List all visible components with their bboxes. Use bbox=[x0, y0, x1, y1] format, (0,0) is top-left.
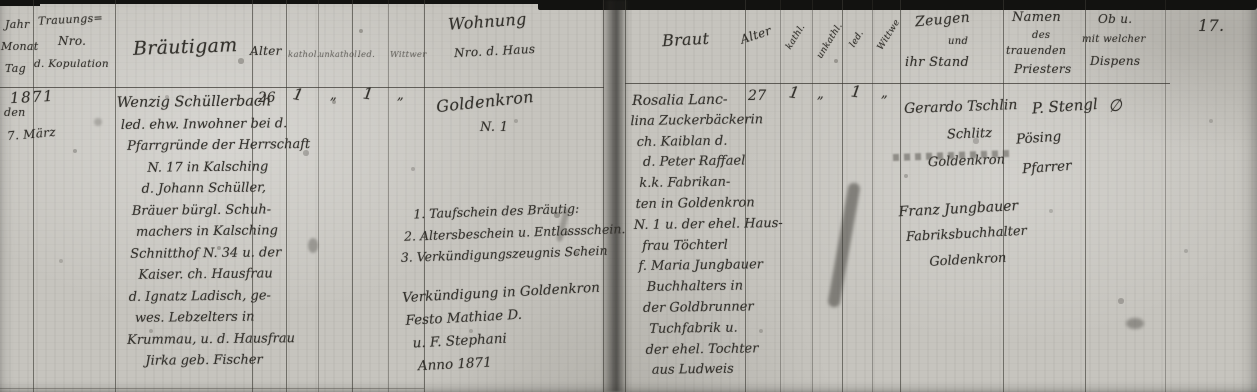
groom-detail-line: Bräuer bürgl. Schuh- bbox=[132, 198, 311, 221]
bride-detail-line: k.k. Fabrikan- bbox=[639, 172, 782, 195]
paper-speckles bbox=[0, 0, 2, 2]
header-dispens: mit welcher bbox=[1082, 34, 1146, 45]
dispens-none-mark: ∅ bbox=[1106, 95, 1123, 116]
header-bride-age: Alter bbox=[739, 23, 773, 46]
register-scan: Jahr Monat Tag Trauungs= Nro. d. Kopulat… bbox=[0, 0, 1257, 392]
header-day: Tag bbox=[5, 62, 26, 75]
header-serial: Trauungs= bbox=[38, 11, 104, 27]
header-col-catholic: kathol. bbox=[288, 50, 320, 60]
column-rule bbox=[842, 0, 843, 392]
bride-detail-line: N. 1 u. der ehel. Haus- bbox=[634, 214, 783, 237]
header-col-widow: Wittwe bbox=[876, 18, 903, 52]
bride-detail-line: der ehel. Tochter bbox=[645, 339, 784, 362]
groom-detail-line: led. ehw. Inwohner bei d. bbox=[121, 112, 310, 135]
column-rule bbox=[872, 0, 873, 392]
header-col-widower: Wittwer bbox=[390, 50, 427, 60]
header-bride: Braut bbox=[662, 29, 710, 50]
page-number: 17. bbox=[1198, 16, 1224, 35]
groom-detail-line: Schnitthof N. 34 u. der bbox=[130, 241, 311, 264]
groom-detail-line: Kaiser. ch. Hausfrau bbox=[138, 263, 311, 286]
witness-place: Goldenkron bbox=[929, 245, 1029, 276]
ink-blot bbox=[308, 238, 318, 253]
ink-blot bbox=[1126, 318, 1144, 329]
bride-detail-line: aus Ludweis bbox=[652, 359, 785, 382]
bride-details: Rosalia Lanc- lina Zuckerbäckerin ch. Ka… bbox=[632, 89, 785, 382]
column-rule bbox=[900, 0, 901, 392]
column-rule bbox=[1085, 0, 1086, 392]
groom-details: Wenzig Schüllerbach led. ehw. Inwohner b… bbox=[117, 91, 313, 373]
header-month: Monat bbox=[1, 40, 38, 53]
witness-1: Gerardo Tschlin Schlitz Goldenkron bbox=[904, 92, 1020, 177]
groom-detail-line: Pfarrgründe der Herrschaft bbox=[127, 134, 310, 157]
groom-mark-single: 1 bbox=[362, 83, 375, 103]
header-col-noncatholic: unkathl. bbox=[815, 21, 845, 60]
entry-date: den bbox=[4, 106, 26, 119]
priest-title: Pfarrer bbox=[1021, 149, 1103, 184]
priest-name: P. Stengl bbox=[1031, 89, 1099, 124]
banns-note: Verkündigung in Goldenkron Festo Mathiae… bbox=[394, 277, 604, 380]
ink-smudge bbox=[827, 182, 861, 308]
bride-detail-line: lina Zuckerbäckerin bbox=[630, 110, 781, 133]
header-year: Jahr bbox=[5, 18, 30, 31]
bride-mark-noncatholic: „ bbox=[817, 87, 824, 102]
groom-detail-line: d. Ignatz Ladisch, ge- bbox=[129, 284, 312, 307]
groom-detail-line: machers in Kalsching bbox=[136, 220, 311, 243]
header-groom: Bräutigam bbox=[133, 34, 238, 60]
header-col-catholic: kathl. bbox=[784, 23, 807, 52]
column-rule bbox=[1165, 0, 1166, 392]
header-witnesses: Zeugen bbox=[914, 10, 970, 31]
bride-detail-line: f. Maria Jungbauer bbox=[638, 255, 783, 278]
groom-detail-line: N. 17 in Kalsching bbox=[147, 155, 310, 178]
header-col-single: led. bbox=[848, 29, 866, 50]
header-priest: Namen bbox=[1012, 10, 1061, 25]
scan-edge-top-right bbox=[538, 0, 1257, 10]
header-priest: des bbox=[1032, 30, 1050, 41]
header-residence: Wohnung bbox=[447, 9, 527, 33]
witness-name: Gerardo Tschlin bbox=[904, 92, 1018, 123]
header-priest: Priesters bbox=[1014, 62, 1071, 76]
bride-detail-line: der Goldbrunner bbox=[643, 297, 784, 320]
page-edge-rule bbox=[625, 0, 626, 392]
header-dispens: Ob u. bbox=[1098, 12, 1132, 26]
row-rule bbox=[0, 388, 424, 389]
groom-detail-line: d. Johann Schüller, bbox=[141, 177, 310, 200]
groom-mark-widower: „ bbox=[397, 88, 404, 103]
bride-mark-catholic: 1 bbox=[787, 82, 801, 103]
bride-detail-line: Tuchfabrik u. bbox=[649, 318, 784, 341]
column-rule bbox=[388, 0, 389, 392]
ink-blot bbox=[94, 118, 102, 126]
groom-age-value: 26 bbox=[258, 90, 276, 106]
header-priest: trauenden bbox=[1006, 44, 1066, 57]
bride-detail-line: Buchhalters in bbox=[647, 276, 784, 299]
bride-detail-line: ch. Kaiblan d. bbox=[637, 131, 782, 154]
bride-mark-single: 1 bbox=[850, 81, 863, 101]
header-witnesses: und bbox=[948, 36, 968, 47]
priest-entry: P. Stengl Pösing Pfarrer bbox=[1005, 89, 1103, 185]
bride-age-value: 27 bbox=[748, 88, 766, 104]
bride-detail-line: frau Töchterl bbox=[642, 235, 783, 258]
bride-detail-line: d. Peter Raffael bbox=[643, 151, 782, 174]
scan-edge-top-left bbox=[0, 0, 40, 6]
header-rule bbox=[625, 83, 1170, 84]
header-witnesses: ihr Stand bbox=[905, 55, 969, 70]
groom-mark-noncatholic: „ bbox=[330, 88, 337, 103]
witness-2: Franz Jungbauer Fabriksbuchhalter Golden… bbox=[896, 193, 1029, 278]
groom-name: Wenzig Schüllerbach bbox=[117, 91, 310, 115]
bride-mark-widow: „ bbox=[881, 86, 888, 101]
groom-detail-line: Krummau, u. d. Hausfrau bbox=[127, 327, 312, 350]
residence-number: N. 1 bbox=[480, 120, 508, 135]
header-serial: d. Kopulation bbox=[34, 58, 109, 70]
header-groom-age: Alter bbox=[250, 44, 282, 58]
entry-year: 1871 bbox=[10, 87, 55, 107]
groom-detail-line: wes. Lebzelters in bbox=[135, 306, 312, 329]
column-rule bbox=[115, 0, 116, 392]
header-dispens: Dispens bbox=[1090, 54, 1140, 68]
column-rule bbox=[812, 0, 813, 392]
documents-list: 1. Taufschein des Bräutig: 2. Altersbesc… bbox=[399, 196, 627, 268]
groom-detail-line: Jirka geb. Fischer bbox=[145, 349, 312, 372]
residence-value: Goldenkron bbox=[435, 87, 534, 116]
bride-detail-line: ten in Goldenkron bbox=[635, 193, 782, 216]
header-residence: Nro. d. Haus bbox=[454, 42, 536, 60]
entry-date: 7. März bbox=[6, 125, 56, 143]
header-col-noncatholic: unkathol. bbox=[319, 50, 360, 59]
header-serial: Nro. bbox=[58, 34, 86, 48]
header-col-single: led. bbox=[358, 50, 375, 60]
